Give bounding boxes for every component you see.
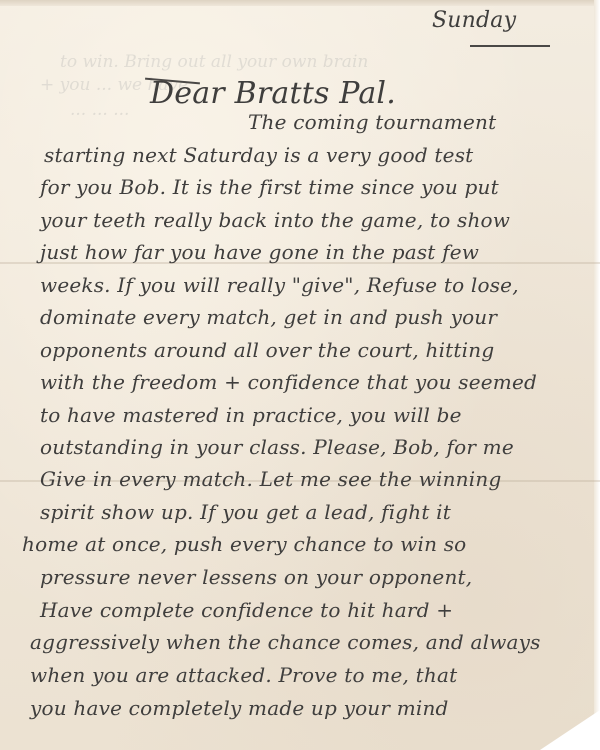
date-underline bbox=[470, 45, 550, 47]
letter-line: Have complete confidence to hit hard + bbox=[40, 598, 453, 622]
letter-line: your teeth really back into the game, to… bbox=[40, 208, 510, 232]
letter-line: with the freedom + confidence that you s… bbox=[40, 370, 537, 394]
letter-line: to have mastered in practice, you will b… bbox=[40, 403, 462, 427]
paper-top-edge bbox=[0, 0, 600, 6]
letter-line: starting next Saturday is a very good te… bbox=[44, 143, 473, 167]
letter-line: aggressively when the chance comes, and … bbox=[30, 630, 541, 654]
torn-corner bbox=[540, 710, 600, 750]
letter-page: to win. Bring out all your own brain + y… bbox=[0, 0, 600, 750]
letter-line: you have completely made up your mind bbox=[30, 696, 449, 720]
letter-line: dominate every match, get in and push yo… bbox=[40, 305, 497, 329]
paper-right-edge bbox=[594, 0, 600, 750]
letter-line: just how far you have gone in the past f… bbox=[40, 240, 479, 264]
letter-line: weeks. If you will really "give", Refuse… bbox=[40, 273, 519, 297]
letter-line: Give in every match. Let me see the winn… bbox=[40, 467, 501, 491]
letter-line: home at once, push every chance to win s… bbox=[22, 532, 466, 556]
letter-line: outstanding in your class. Please, Bob, … bbox=[40, 435, 514, 459]
letter-salutation: Dear Bratts Pal. bbox=[150, 76, 396, 111]
letter-line: spirit show up. If you get a lead, fight… bbox=[40, 500, 451, 524]
letter-line: when you are attacked. Prove to me, that bbox=[30, 663, 457, 687]
letter-line: The coming tournament bbox=[248, 110, 496, 134]
letter-line: pressure never lessens on your opponent, bbox=[40, 565, 472, 589]
letter-line: for you Bob. It is the first time since … bbox=[40, 175, 499, 199]
bleed-through-text: ... ... ... bbox=[70, 100, 129, 120]
letter-date: Sunday bbox=[432, 8, 516, 33]
letter-line: opponents around all over the court, hit… bbox=[40, 338, 494, 362]
bleed-through-text: to win. Bring out all your own brain bbox=[60, 52, 368, 72]
